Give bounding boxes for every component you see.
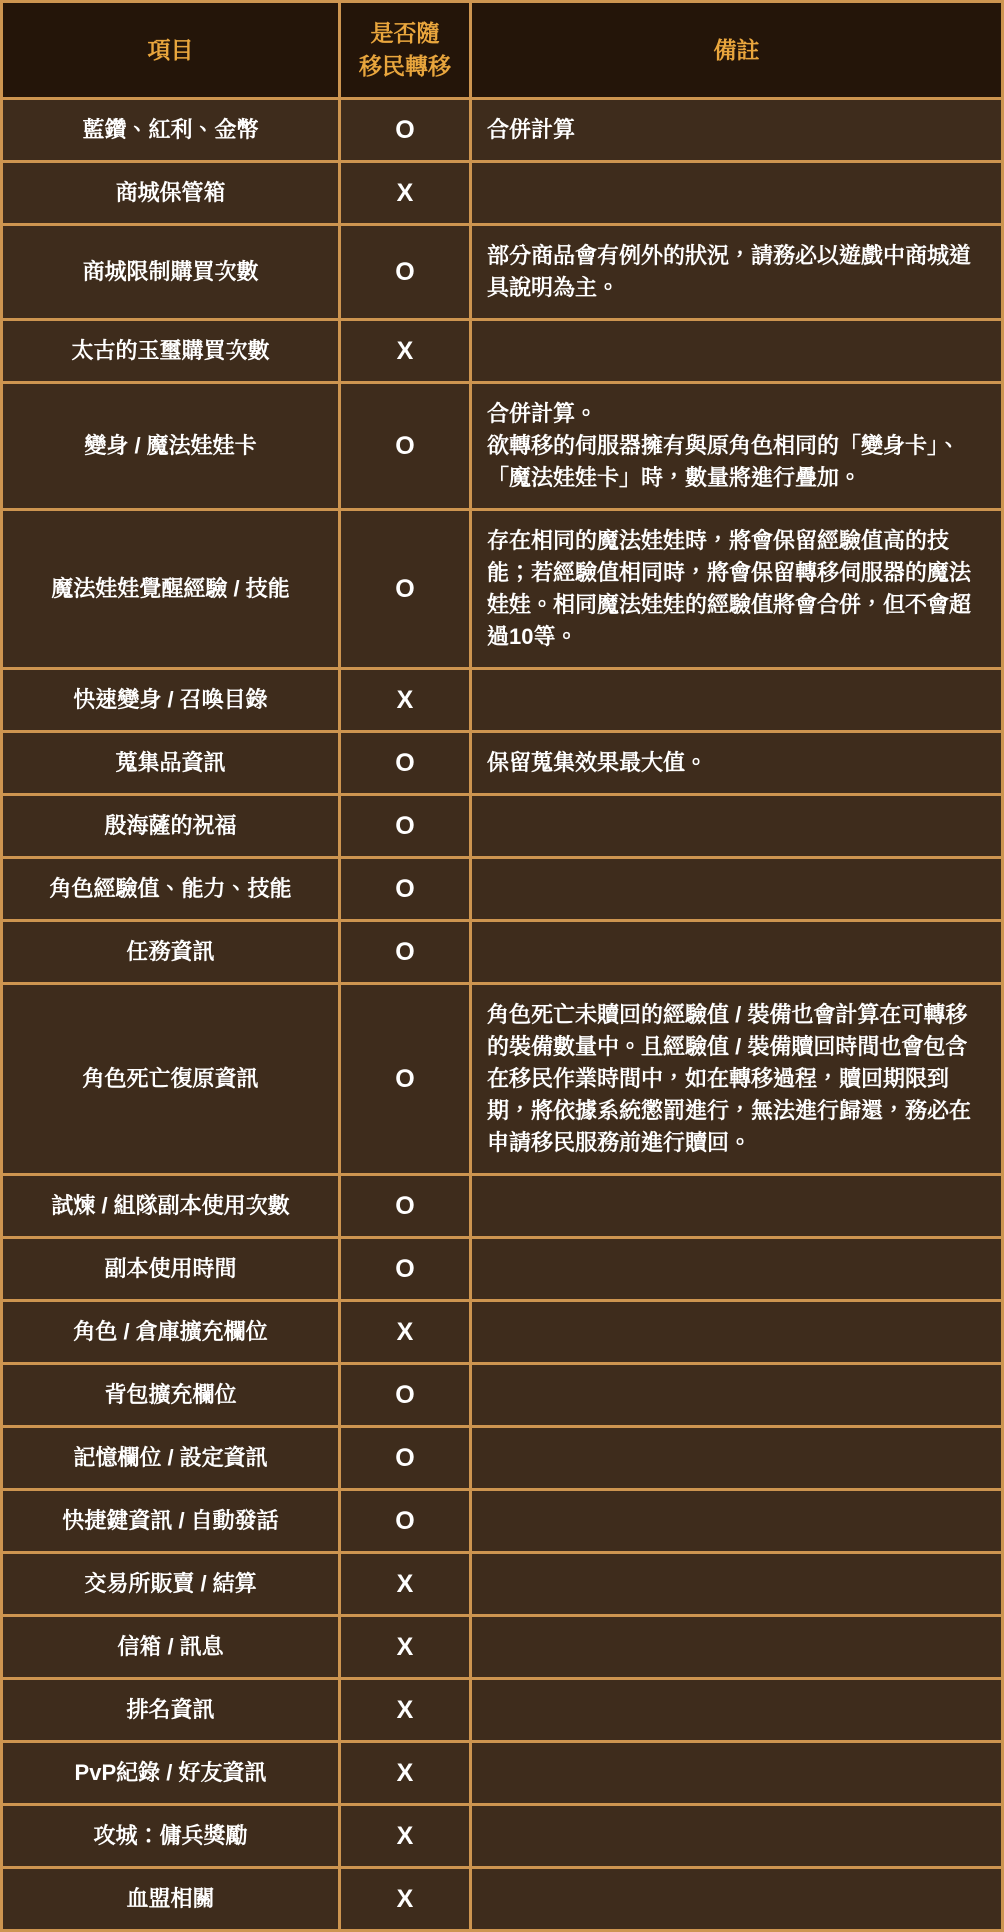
item-cell: 藍鑽、紅利、金幣 [2, 99, 340, 162]
table-row: 快速變身 / 召喚目錄X [2, 669, 1003, 732]
item-cell: 角色死亡復原資訊 [2, 984, 340, 1175]
server-transfer-table-container: 項目 是否隨 移民轉移 備註 藍鑽、紅利、金幣O合併計算商城保管箱X商城限制購買… [0, 0, 1004, 1932]
table-row: 信箱 / 訊息X [2, 1616, 1003, 1679]
note-cell: 保留蒐集效果最大值。 [471, 732, 1003, 795]
transfer-flag-cell: O [340, 1175, 471, 1238]
item-cell: 信箱 / 訊息 [2, 1616, 340, 1679]
item-cell: 血盟相關 [2, 1868, 340, 1931]
item-cell: 快速變身 / 召喚目錄 [2, 669, 340, 732]
transfer-flag-cell: O [340, 99, 471, 162]
table-row: 商城限制購買次數O部分商品會有例外的狀況，請務必以遊戲中商城道具說明為主。 [2, 225, 1003, 320]
transfer-flag-cell: X [340, 1301, 471, 1364]
item-cell: 角色經驗值、能力、技能 [2, 858, 340, 921]
note-cell [471, 1679, 1003, 1742]
transfer-flag-cell: O [340, 732, 471, 795]
transfer-flag-cell: O [340, 383, 471, 510]
note-cell [471, 1364, 1003, 1427]
transfer-flag-cell: O [340, 225, 471, 320]
transfer-flag-cell: X [340, 320, 471, 383]
table-row: 排名資訊X [2, 1679, 1003, 1742]
note-cell [471, 921, 1003, 984]
transfer-flag-cell: O [340, 1427, 471, 1490]
note-cell [471, 795, 1003, 858]
table-row: 背包擴充欄位O [2, 1364, 1003, 1427]
table-row: 試煉 / 組隊副本使用次數O [2, 1175, 1003, 1238]
note-cell [471, 858, 1003, 921]
note-cell [471, 1427, 1003, 1490]
transfer-items-table: 項目 是否隨 移民轉移 備註 藍鑽、紅利、金幣O合併計算商城保管箱X商城限制購買… [0, 0, 1004, 1932]
item-cell: 角色 / 倉庫擴充欄位 [2, 1301, 340, 1364]
note-cell [471, 1553, 1003, 1616]
table-row: 變身 / 魔法娃娃卡O合併計算。 欲轉移的伺服器擁有與原角色相同的「變身卡」、「… [2, 383, 1003, 510]
note-cell [471, 1238, 1003, 1301]
item-cell: 魔法娃娃覺醒經驗 / 技能 [2, 510, 340, 669]
note-cell [471, 1868, 1003, 1931]
transfer-flag-cell: X [340, 1868, 471, 1931]
note-cell [471, 1616, 1003, 1679]
table-row: PvP紀錄 / 好友資訊X [2, 1742, 1003, 1805]
table-row: 蒐集品資訊O保留蒐集效果最大值。 [2, 732, 1003, 795]
table-row: 角色 / 倉庫擴充欄位X [2, 1301, 1003, 1364]
item-cell: 副本使用時間 [2, 1238, 340, 1301]
table-row: 攻城：傭兵獎勵X [2, 1805, 1003, 1868]
transfer-flag-cell: X [340, 669, 471, 732]
table-row: 血盟相關X [2, 1868, 1003, 1931]
item-cell: 蒐集品資訊 [2, 732, 340, 795]
transfer-flag-cell: O [340, 921, 471, 984]
note-cell [471, 1742, 1003, 1805]
table-row: 任務資訊O [2, 921, 1003, 984]
table-row: 角色死亡復原資訊O角色死亡未贖回的經驗值 / 裝備也會計算在可轉移的裝備數量中。… [2, 984, 1003, 1175]
item-cell: PvP紀錄 / 好友資訊 [2, 1742, 340, 1805]
table-header: 項目 是否隨 移民轉移 備註 [2, 2, 1003, 99]
item-cell: 商城保管箱 [2, 162, 340, 225]
transfer-flag-cell: X [340, 1742, 471, 1805]
table-row: 快捷鍵資訊 / 自動發話O [2, 1490, 1003, 1553]
item-cell: 記憶欄位 / 設定資訊 [2, 1427, 340, 1490]
note-cell [471, 1805, 1003, 1868]
note-cell [471, 669, 1003, 732]
column-header-note: 備註 [471, 2, 1003, 99]
transfer-flag-cell: O [340, 1238, 471, 1301]
item-cell: 太古的玉璽購買次數 [2, 320, 340, 383]
transfer-flag-cell: O [340, 1490, 471, 1553]
note-cell [471, 1490, 1003, 1553]
transfer-flag-cell: O [340, 1364, 471, 1427]
table-row: 記憶欄位 / 設定資訊O [2, 1427, 1003, 1490]
note-cell [471, 320, 1003, 383]
note-cell: 角色死亡未贖回的經驗值 / 裝備也會計算在可轉移的裝備數量中。且經驗值 / 裝備… [471, 984, 1003, 1175]
transfer-flag-cell: X [340, 1553, 471, 1616]
header-row: 項目 是否隨 移民轉移 備註 [2, 2, 1003, 99]
transfer-flag-cell: X [340, 1679, 471, 1742]
table-row: 殷海薩的祝福O [2, 795, 1003, 858]
transfer-flag-cell: X [340, 1805, 471, 1868]
note-cell [471, 1175, 1003, 1238]
table-row: 藍鑽、紅利、金幣O合併計算 [2, 99, 1003, 162]
transfer-flag-cell: O [340, 510, 471, 669]
item-cell: 交易所販賣 / 結算 [2, 1553, 340, 1616]
note-cell: 部分商品會有例外的狀況，請務必以遊戲中商城道具說明為主。 [471, 225, 1003, 320]
transfer-flag-cell: X [340, 162, 471, 225]
item-cell: 背包擴充欄位 [2, 1364, 340, 1427]
table-row: 魔法娃娃覺醒經驗 / 技能O存在相同的魔法娃娃時，將會保留經驗值高的技能；若經驗… [2, 510, 1003, 669]
table-row: 角色經驗值、能力、技能O [2, 858, 1003, 921]
table-row: 商城保管箱X [2, 162, 1003, 225]
column-header-item: 項目 [2, 2, 340, 99]
table-row: 太古的玉璽購買次數X [2, 320, 1003, 383]
table-row: 交易所販賣 / 結算X [2, 1553, 1003, 1616]
transfer-flag-cell: X [340, 1616, 471, 1679]
item-cell: 商城限制購買次數 [2, 225, 340, 320]
table-body: 藍鑽、紅利、金幣O合併計算商城保管箱X商城限制購買次數O部分商品會有例外的狀況，… [2, 99, 1003, 1931]
transfer-flag-cell: O [340, 984, 471, 1175]
note-cell [471, 1301, 1003, 1364]
transfer-flag-cell: O [340, 858, 471, 921]
item-cell: 變身 / 魔法娃娃卡 [2, 383, 340, 510]
item-cell: 攻城：傭兵獎勵 [2, 1805, 340, 1868]
item-cell: 殷海薩的祝福 [2, 795, 340, 858]
table-row: 副本使用時間O [2, 1238, 1003, 1301]
item-cell: 快捷鍵資訊 / 自動發話 [2, 1490, 340, 1553]
item-cell: 排名資訊 [2, 1679, 340, 1742]
item-cell: 試煉 / 組隊副本使用次數 [2, 1175, 340, 1238]
item-cell: 任務資訊 [2, 921, 340, 984]
transfer-flag-cell: O [340, 795, 471, 858]
note-cell: 合併計算 [471, 99, 1003, 162]
note-cell: 合併計算。 欲轉移的伺服器擁有與原角色相同的「變身卡」、「魔法娃娃卡」時，數量將… [471, 383, 1003, 510]
note-cell [471, 162, 1003, 225]
note-cell: 存在相同的魔法娃娃時，將會保留經驗值高的技能；若經驗值相同時，將會保留轉移伺服器… [471, 510, 1003, 669]
column-header-transfer-flag: 是否隨 移民轉移 [340, 2, 471, 99]
